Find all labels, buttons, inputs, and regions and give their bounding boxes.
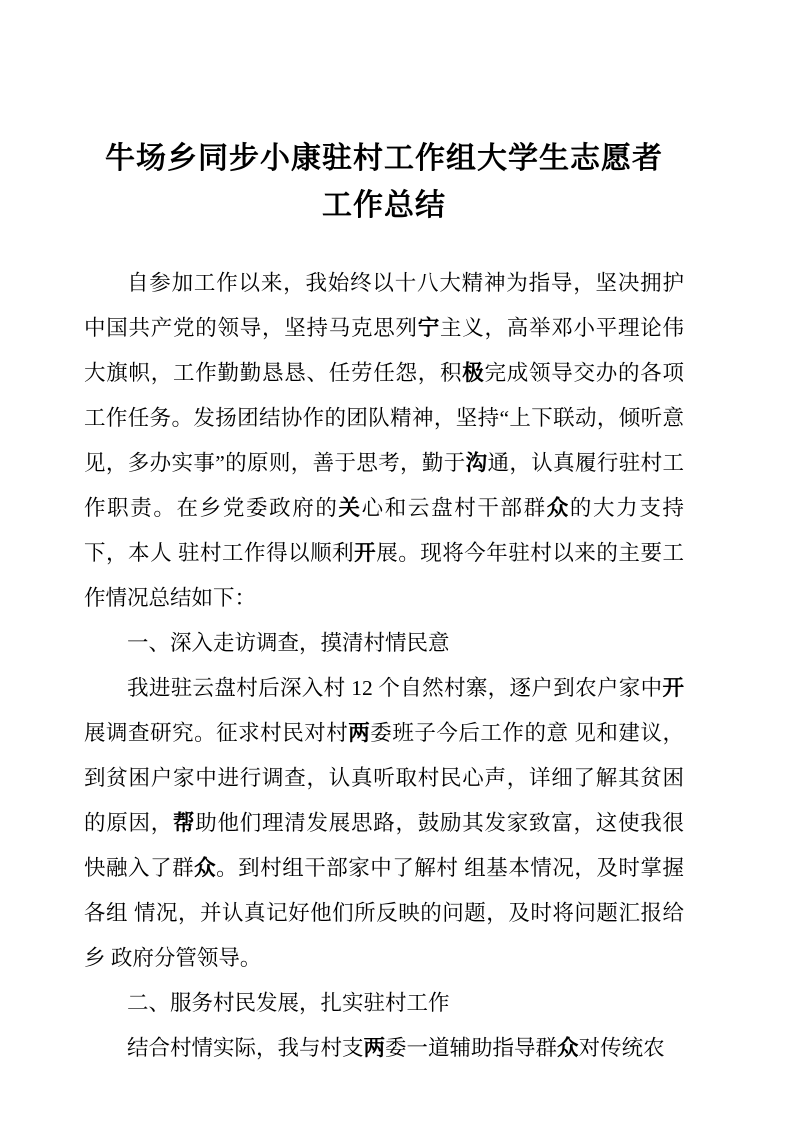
text-run: 一、深入走访调查，摸清村情民意	[127, 631, 450, 655]
text-run: 展调查研究。征求村民对村	[84, 721, 348, 745]
bold-text-run: 宁	[418, 316, 440, 340]
paragraph: 结合村情实际，我与村支两委一道辅助指导群众对传统农	[84, 1026, 684, 1071]
text-run: 心和云盘村干部群	[362, 496, 547, 520]
bold-text-run: 众	[547, 496, 570, 520]
section-heading: 一、深入走访调查，摸清村情民意	[84, 621, 684, 666]
bold-text-run: 两	[364, 1036, 386, 1060]
bold-text-run: 极	[462, 361, 484, 385]
document-page: 牛场乡同步小康驻村工作组大学生志愿者 工作总结 自参加工作以来，我始终以十八大精…	[0, 0, 794, 1123]
title-line-2: 工作总结	[84, 182, 684, 229]
bold-text-run: 开	[662, 676, 684, 700]
section-heading: 二、服务村民发展，扎实驻村工作	[84, 981, 684, 1026]
bold-text-run: 沟	[466, 451, 488, 475]
bold-text-run: 众	[557, 1036, 579, 1060]
text-run: 对传统农	[579, 1036, 665, 1060]
bold-text-run: 众	[194, 856, 216, 880]
text-run: 结合村情实际，我与村支	[127, 1036, 364, 1060]
bold-text-run: 关	[339, 496, 362, 520]
title-line-1: 牛场乡同步小康驻村工作组大学生志愿者	[84, 135, 684, 182]
bold-text-run: 帮	[173, 811, 195, 835]
paragraph: 自参加工作以来，我始终以十八大精神为指导，坚决拥护中国共产党的领导，坚持马克思列…	[84, 261, 684, 621]
paragraph: 我进驻云盘村后深入村 12 个自然村寨，逐户到农户家中开展调查研究。征求村民对村…	[84, 666, 684, 981]
document-title: 牛场乡同步小康驻村工作组大学生志愿者 工作总结	[84, 135, 684, 229]
text-run: 二、服务村民发展，扎实驻村工作	[127, 991, 450, 1015]
text-run: 委一道辅助指导群	[385, 1036, 557, 1060]
document-body: 自参加工作以来，我始终以十八大精神为指导，坚决拥护中国共产党的领导，坚持马克思列…	[84, 261, 684, 1071]
bold-text-run: 两	[348, 721, 370, 745]
bold-text-run: 开	[354, 541, 376, 565]
text-run: 我进驻云盘村后深入村 12 个自然村寨，逐户到农户家中	[127, 676, 662, 700]
document-content: 牛场乡同步小康驻村工作组大学生志愿者 工作总结 自参加工作以来，我始终以十八大精…	[0, 0, 794, 1071]
